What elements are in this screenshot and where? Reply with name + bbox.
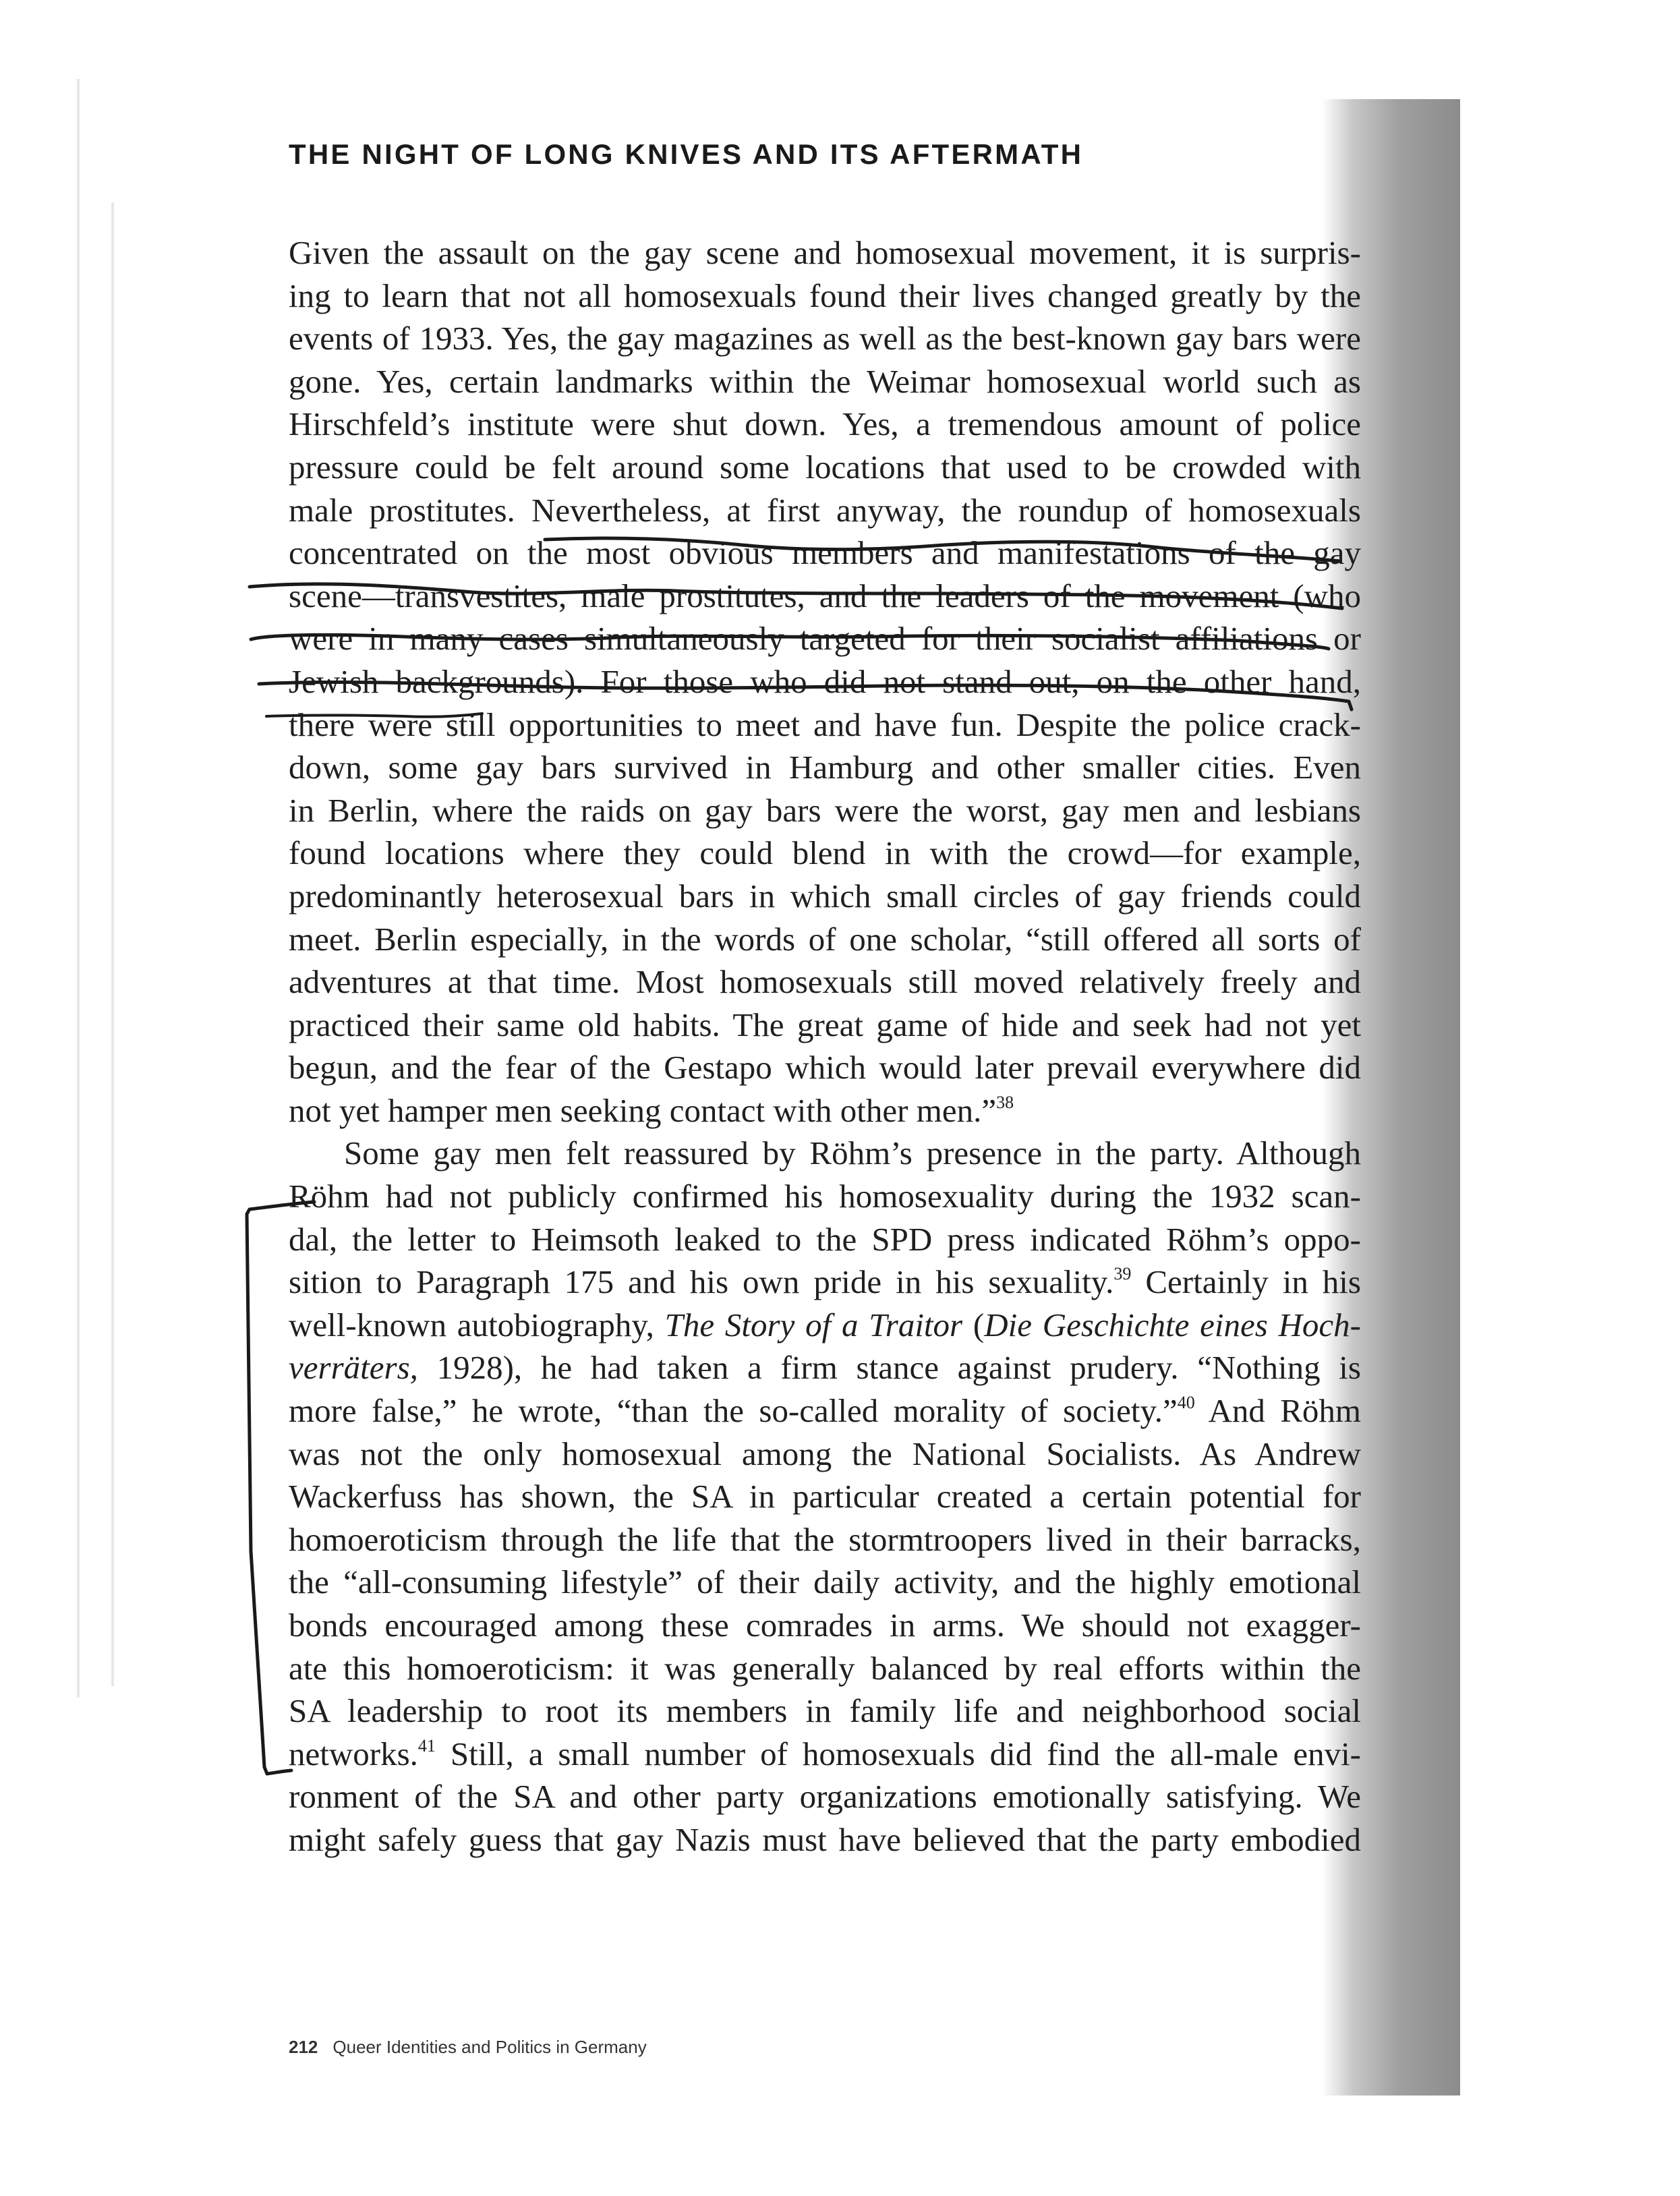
text-line: Some gay men felt reassured by Röhm’s pr…: [289, 1132, 1361, 1175]
text-line: verräters, 1928), he had taken a firm st…: [289, 1346, 1361, 1389]
text-line: well-known autobiography, The Story of a…: [289, 1304, 1361, 1347]
text-line: ing to learn that not all homosexuals fo…: [289, 274, 1361, 318]
footnote-ref[interactable]: 38: [996, 1093, 1014, 1112]
footnote-ref[interactable]: 40: [1178, 1393, 1195, 1412]
text-line: dal, the letter to Heimsoth leaked to th…: [289, 1218, 1361, 1261]
text-line: was not the only homosexual among the Na…: [289, 1433, 1361, 1476]
text-line: events of 1933. Yes, the gay magazines a…: [289, 317, 1361, 360]
text-line: there were still opportunities to meet a…: [289, 703, 1361, 747]
text-line: gone. Yes, certain landmarks within the …: [289, 360, 1361, 403]
text-line: ate this homoeroticism: it was generally…: [289, 1647, 1361, 1690]
text-line: meet. Berlin especially, in the words of…: [289, 918, 1361, 961]
book-title: Queer Identities and Politics in Germany: [332, 2037, 646, 2057]
page-number: 212: [289, 2037, 318, 2057]
book-title-english: The Story of a Traitor: [665, 1306, 962, 1343]
text-line: ronment of the SA and other party organi…: [289, 1775, 1361, 1818]
footnote-ref[interactable]: 39: [1113, 1264, 1131, 1283]
text-line: concentrated on the most obvious members…: [289, 531, 1361, 575]
paragraph-1: Given the assault on the gay scene and h…: [289, 231, 1361, 1132]
running-head: THE NIGHT OF LONG KNIVES AND ITS AFTERMA…: [289, 138, 1083, 171]
text-line: adventures at that time. Most homosexual…: [289, 960, 1361, 1004]
text-line: Röhm had not publicly confirmed his homo…: [289, 1175, 1361, 1218]
text-line: sition to Paragraph 175 and his own prid…: [289, 1261, 1361, 1304]
text-line: were in many cases simultaneously target…: [289, 617, 1361, 660]
text-line: Hirschfeld’s institute were shut down. Y…: [289, 403, 1361, 446]
text-line: SA leadership to root its members in fam…: [289, 1689, 1361, 1733]
text-line: Given the assault on the gay scene and h…: [289, 231, 1361, 274]
text-line: predominantly heterosexual bars in which…: [289, 875, 1361, 918]
text-line: not yet hamper men seeking contact with …: [289, 1089, 1361, 1132]
text-line: Wackerfuss has shown, the SA in particul…: [289, 1475, 1361, 1518]
text-line: might safely guess that gay Nazis must h…: [289, 1818, 1361, 1861]
text-line: bonds encouraged among these comrades in…: [289, 1604, 1361, 1647]
scan-artifact-line: [111, 202, 114, 1686]
text-line: in Berlin, where the raids on gay bars w…: [289, 789, 1361, 832]
body-text: Given the assault on the gay scene and h…: [289, 231, 1361, 1861]
text-line: homoeroticism through the life that the …: [289, 1518, 1361, 1561]
text-line: networks.41 Still, a small number of hom…: [289, 1733, 1361, 1776]
scan-artifact-line: [77, 79, 80, 1698]
text-line: the “all-consuming lifestyle” of their d…: [289, 1561, 1361, 1604]
text-line: more false,” he wrote, “than the so-call…: [289, 1389, 1361, 1433]
paragraph-2: Some gay men felt reassured by Röhm’s pr…: [289, 1132, 1361, 1861]
book-title-german: Die Geschichte eines Hoch-: [984, 1306, 1361, 1343]
text-line: Jewish backgrounds). For those who did n…: [289, 660, 1361, 703]
text-line: scene—transvestites, male prostitutes, a…: [289, 575, 1361, 618]
footnote-ref[interactable]: 41: [418, 1736, 436, 1756]
text-line: down, some gay bars survived in Hamburg …: [289, 746, 1361, 789]
text-line: practiced their same old habits. The gre…: [289, 1004, 1361, 1047]
text-line: begun, and the fear of the Gestapo which…: [289, 1046, 1361, 1089]
text-line: found locations where they could blend i…: [289, 832, 1361, 875]
text-line: pressure could be felt around some locat…: [289, 446, 1361, 489]
page-footer: 212Queer Identities and Politics in Germ…: [289, 2037, 647, 2058]
text-line: male prostitutes. Nevertheless, at first…: [289, 489, 1361, 532]
